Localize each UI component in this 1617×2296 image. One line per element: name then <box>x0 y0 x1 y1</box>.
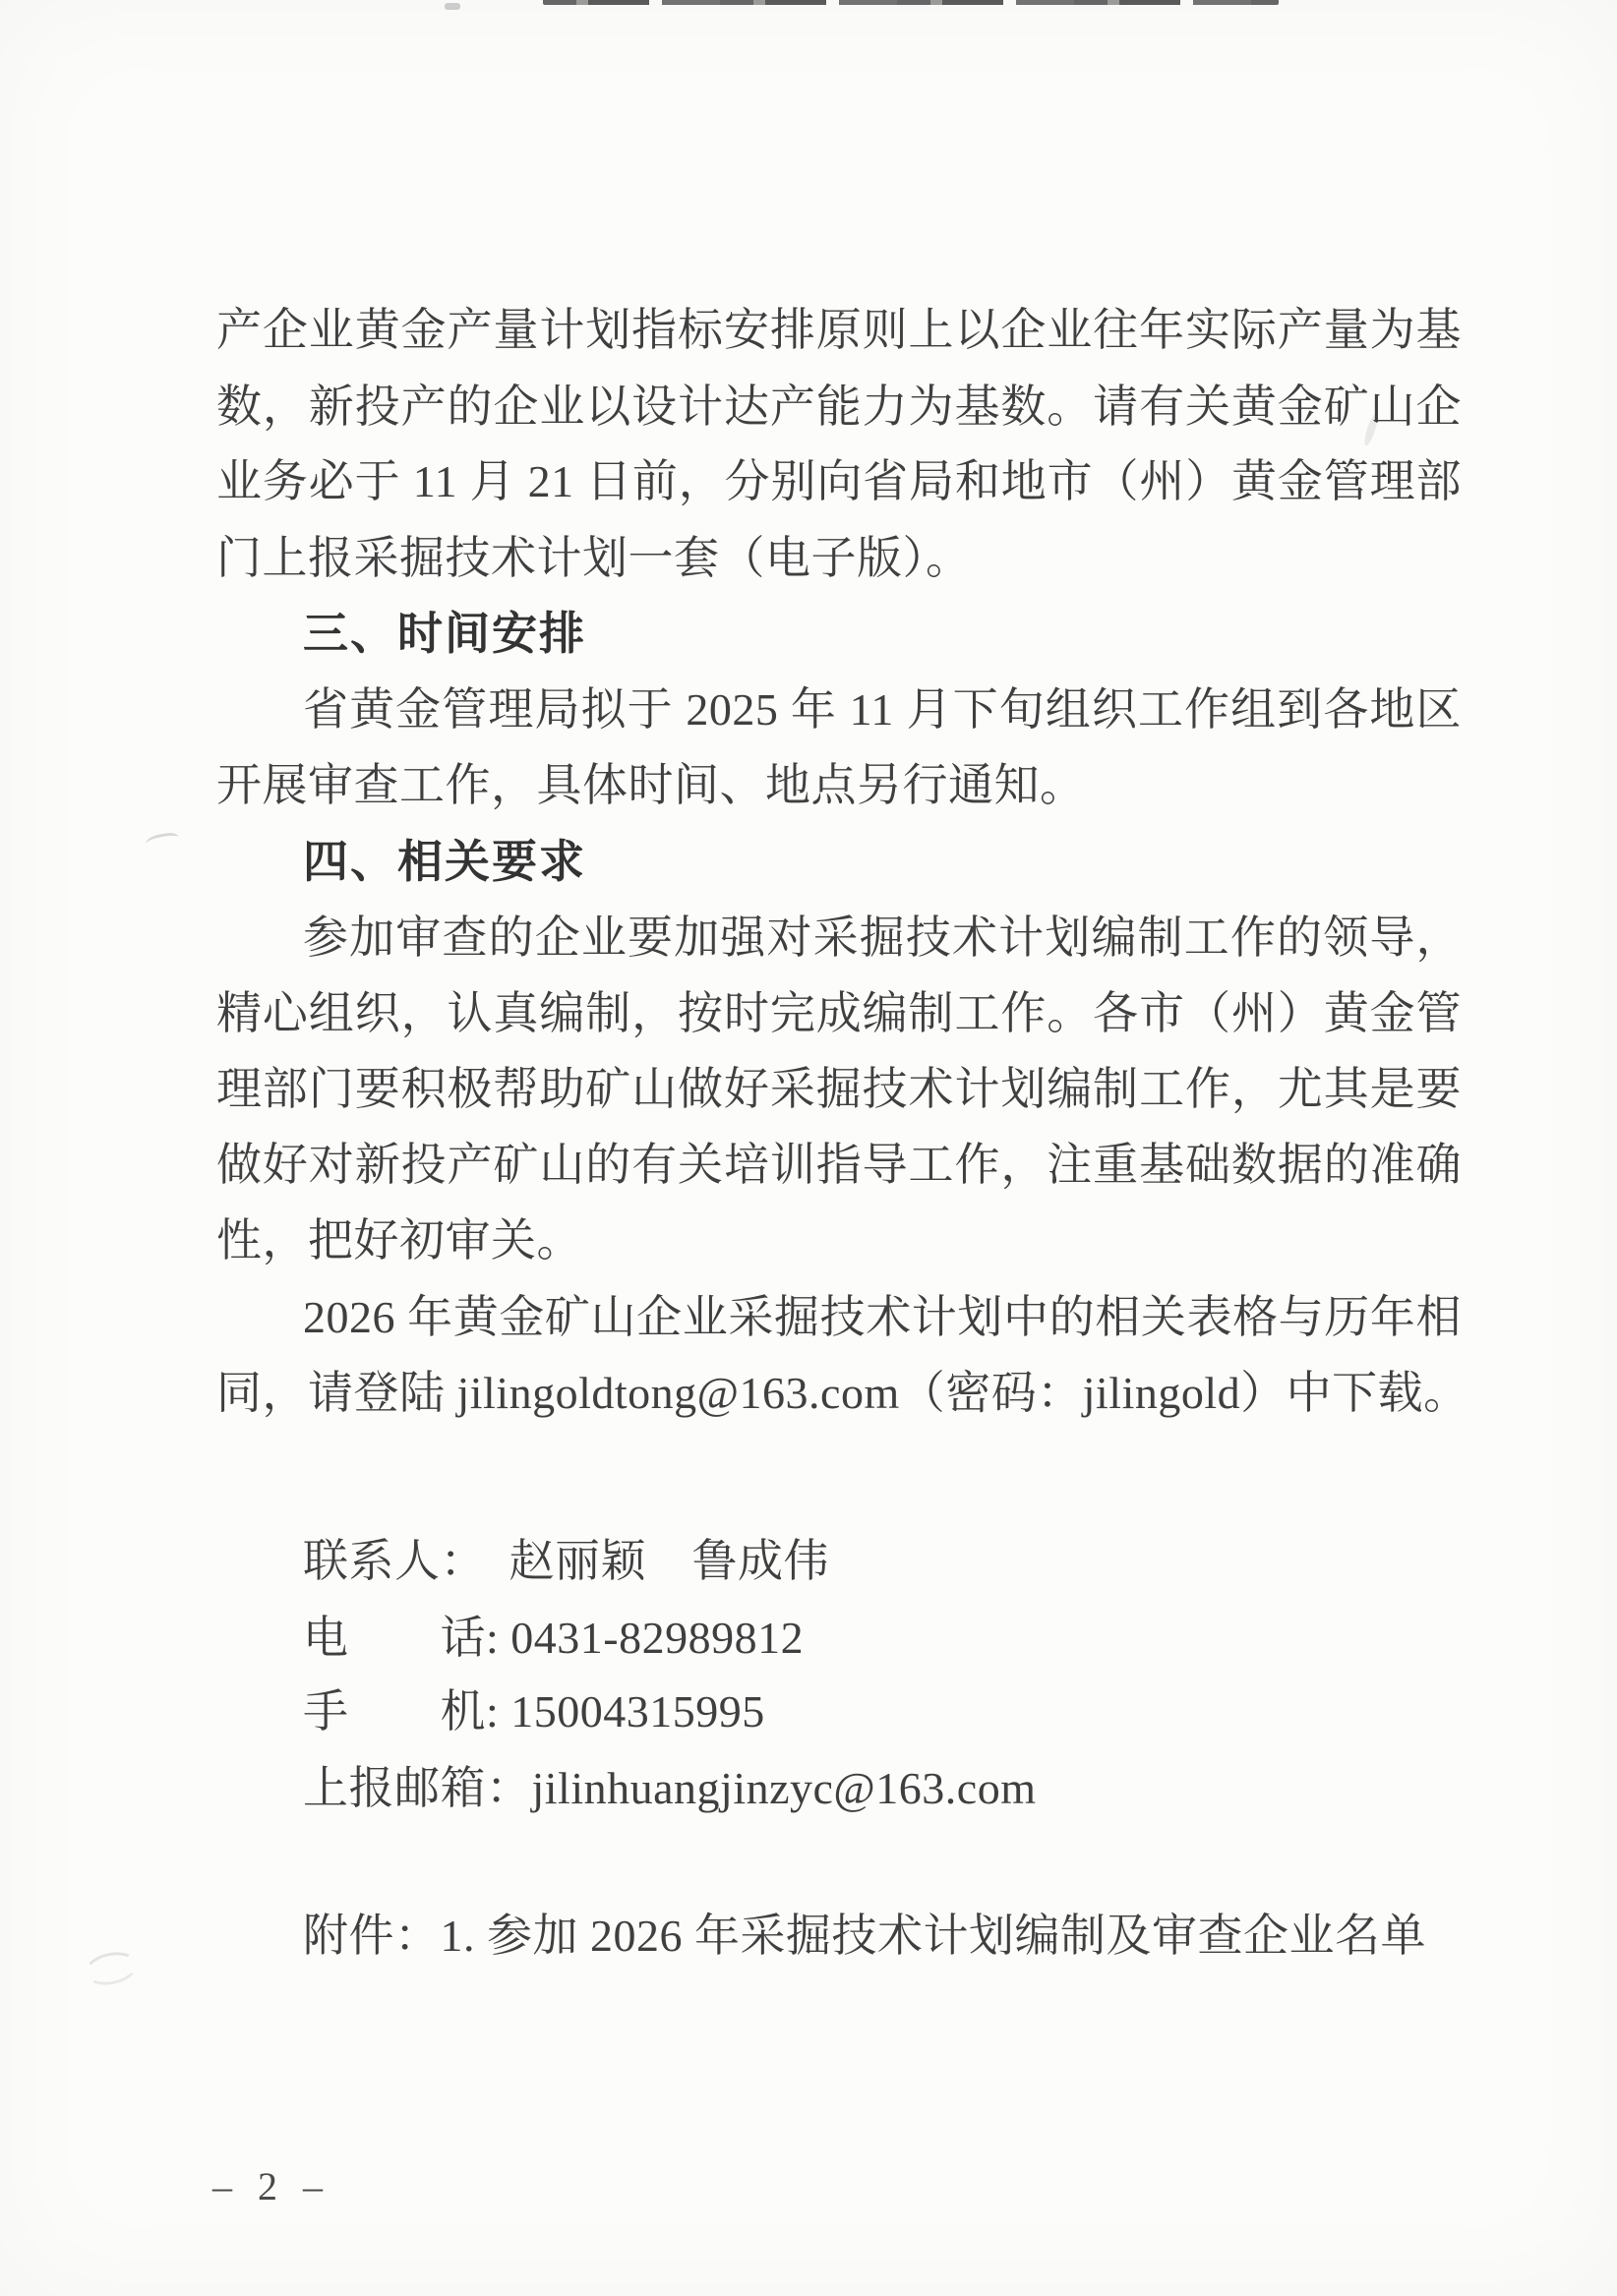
document-line: 性，把好初审关。 <box>216 1213 1462 1268</box>
document-line: 参加审查的企业要加强对采掘技术计划编制工作的领导， <box>216 911 1462 966</box>
document-line: 附件：1. 参加 2026 年采掘技术计划编制及审查企业名单 <box>216 1909 1462 1964</box>
document-line: 手 机: 15004315995 <box>216 1684 1462 1739</box>
document-line: 电 话: 0431-82989812 <box>216 1611 1462 1666</box>
document-line: 2026 年黄金矿山企业采掘技术计划中的相关表格与历年相 <box>216 1290 1462 1345</box>
document-line: 理部门要积极帮助矿山做好采掘技术计划编制工作，尤其是要 <box>216 1062 1462 1117</box>
document-line: 联系人： 赵丽颖 鲁成伟 <box>216 1534 1462 1589</box>
document-line: 省黄金管理局拟于 2025 年 11 月下旬组织工作组到各地区 <box>216 682 1462 737</box>
document-line: 业务必于 11 月 21 日前，分别向省局和地市（州）黄金管理部 <box>216 454 1462 509</box>
document-line: 数，新投产的企业以设计达产能力为基数。请有关黄金矿山企 <box>216 380 1462 435</box>
page-number: – 2 – <box>212 2163 330 2209</box>
document-line: 精心组织，认真编制，按时完成编制工作。各市（州）黄金管 <box>216 986 1462 1041</box>
document-line: 同，请登陆 jilingoldtong@163.com（密码：jilingold… <box>216 1366 1462 1421</box>
section-heading: 四、相关要求 <box>216 834 1462 889</box>
document-line: 产企业黄金产量计划指标安排原则上以企业往年实际产量为基 <box>216 303 1462 358</box>
document-line: 开展审查工作，具体时间、地点另行通知。 <box>216 758 1462 813</box>
document-body: 产企业黄金产量计划指标安排原则上以企业往年实际产量为基数，新投产的企业以设计达产… <box>0 0 1617 2296</box>
section-heading: 三、时间安排 <box>216 606 1462 661</box>
document-line: 门上报采掘技术计划一套（电子版）。 <box>216 531 1462 586</box>
document-line: 做好对新投产矿山的有关培训指导工作，注重基础数据的准确 <box>216 1138 1462 1193</box>
document-line: 上报邮箱：jilinhuangjinzyc@163.com <box>216 1761 1462 1816</box>
document-page: 产企业黄金产量计划指标安排原则上以企业往年实际产量为基数，新投产的企业以设计达产… <box>0 0 1617 2296</box>
